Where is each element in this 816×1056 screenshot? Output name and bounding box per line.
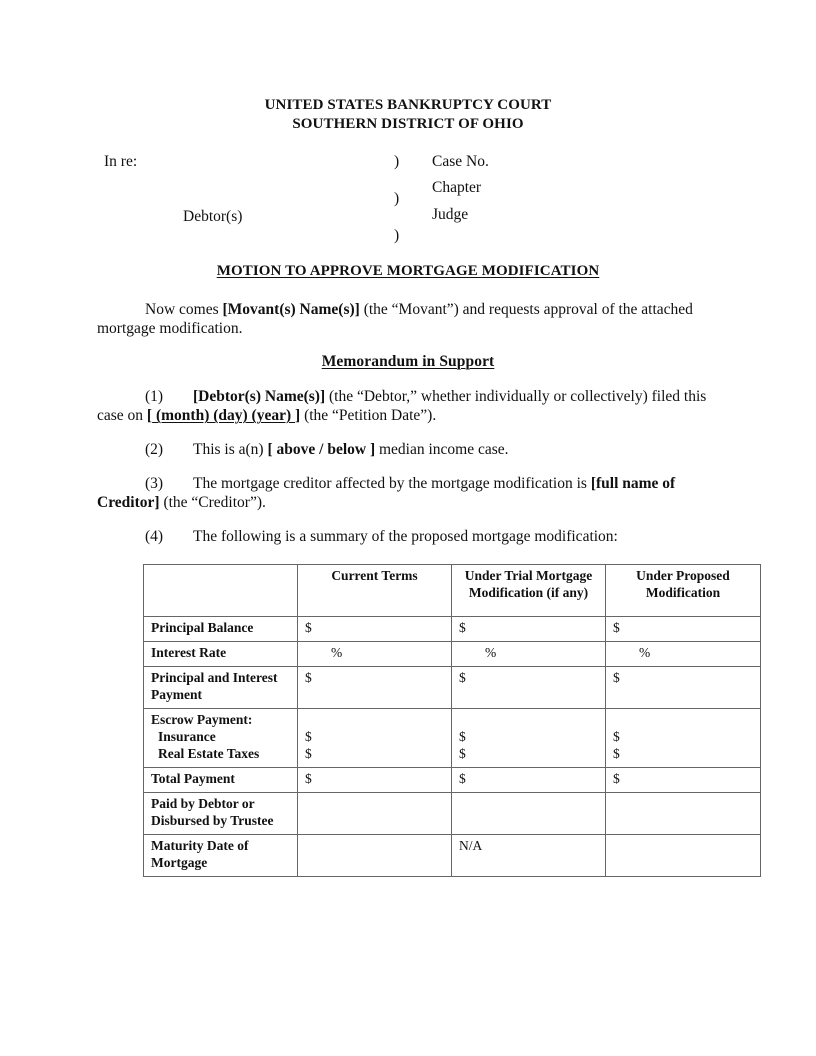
table-cell: $ [298, 768, 452, 793]
row-label-principal-balance: Principal Balance [144, 617, 298, 642]
item-number: (1) [145, 387, 193, 406]
escrow-label: Escrow Payment: [151, 711, 290, 728]
court-name: UNITED STATES BANKRUPTCY COURT [0, 97, 816, 114]
in-re-label: In re: [104, 153, 137, 171]
taxes-amount: $ [613, 745, 753, 762]
debtor-name-placeholder: [Debtor(s) Name(s)] [193, 388, 325, 405]
table-cell: $ [452, 768, 606, 793]
row-label-interest-rate: Interest Rate [144, 642, 298, 667]
row-label-maturity-date: Maturity Date of Mortgage [144, 835, 298, 877]
table-row: Maturity Date of Mortgage N/A [144, 835, 761, 877]
table-cell [298, 793, 452, 835]
case-number-label: Case No. [432, 153, 489, 171]
table-cell: $ $ [452, 709, 606, 768]
table-cell: $ $ [606, 709, 761, 768]
header-proposed-modification: Under Proposed Modification [606, 565, 761, 617]
item-text: median income case. [375, 441, 508, 458]
item-text: The following is a summary of the propos… [193, 528, 618, 545]
table-cell: % [298, 642, 452, 667]
item-number: (3) [145, 474, 193, 493]
item-text: (the “Petition Date”). [300, 407, 436, 424]
memo-item-2: (2)This is a(n) [ above / below ] median… [97, 440, 717, 459]
table-row: Total Payment $ $ $ [144, 768, 761, 793]
row-label-paid-by: Paid by Debtor or Disbursed by Trustee [144, 793, 298, 835]
memo-item-4: (4)The following is a summary of the pro… [97, 527, 717, 546]
intro-paragraph: Now comes [Movant(s) Name(s)] (the “Mova… [97, 300, 717, 338]
intro-prefix: Now comes [145, 301, 223, 318]
percent-sign: % [459, 644, 496, 661]
header-blank [144, 565, 298, 617]
item-text: (the “Creditor”). [160, 494, 266, 511]
row-label-escrow-payment: Escrow Payment: Insurance Real Estate Ta… [144, 709, 298, 768]
table-row: Escrow Payment: Insurance Real Estate Ta… [144, 709, 761, 768]
income-placeholder: [ above / below ] [267, 441, 375, 458]
item-number: (4) [145, 527, 193, 546]
table-cell: N/A [452, 835, 606, 877]
item-text: The mortgage creditor affected by the mo… [193, 475, 591, 492]
table-cell: $ [298, 617, 452, 642]
percent-sign: % [613, 644, 650, 661]
header-trial-modification: Under Trial Mortgage Modification (if an… [452, 565, 606, 617]
mortgage-summary-table: Current Terms Under Trial Mortgage Modif… [143, 564, 761, 877]
insurance-amount: $ [613, 728, 753, 745]
table-cell: $ [606, 768, 761, 793]
row-label-principal-interest-payment: Principal and Interest Payment [144, 667, 298, 709]
table-header-row: Current Terms Under Trial Mortgage Modif… [144, 565, 761, 617]
row-label-total-payment: Total Payment [144, 768, 298, 793]
movant-placeholder: [Movant(s) Name(s)] [223, 301, 360, 318]
insurance-amount: $ [459, 728, 598, 745]
table-row: Interest Rate % % % [144, 642, 761, 667]
debtor-label: Debtor(s) [183, 208, 242, 226]
table-cell: $ [606, 617, 761, 642]
table-cell: $ [298, 667, 452, 709]
petition-date-placeholder: (month) (day) (year) [152, 407, 295, 424]
item-number: (2) [145, 440, 193, 459]
table-row: Principal Balance $ $ $ [144, 617, 761, 642]
caption-paren-2: ) [394, 190, 399, 208]
judge-label: Judge [432, 206, 468, 224]
memo-item-1: (1)[Debtor(s) Name(s)] (the “Debtor,” wh… [97, 387, 717, 425]
memorandum-title: Memorandum in Support [0, 353, 816, 371]
table-cell [606, 835, 761, 877]
table-cell: $ [452, 667, 606, 709]
table-cell [452, 793, 606, 835]
caption-paren-3: ) [394, 227, 399, 245]
table-cell: $ $ [298, 709, 452, 768]
memo-item-3: (3)The mortgage creditor affected by the… [97, 474, 717, 512]
table-cell: % [452, 642, 606, 667]
table-cell [298, 835, 452, 877]
table-cell [606, 793, 761, 835]
taxes-amount: $ [305, 745, 444, 762]
chapter-label: Chapter [432, 179, 481, 197]
item-text: This is a(n) [193, 441, 267, 458]
caption-paren-1: ) [394, 153, 399, 171]
table-cell: $ [606, 667, 761, 709]
insurance-amount: $ [305, 728, 444, 745]
table-cell: % [606, 642, 761, 667]
escrow-insurance-label: Insurance [151, 728, 290, 745]
court-district: SOUTHERN DISTRICT OF OHIO [0, 116, 816, 133]
escrow-taxes-label: Real Estate Taxes [151, 745, 290, 762]
table-cell: $ [452, 617, 606, 642]
percent-sign: % [305, 644, 342, 661]
motion-title: MOTION TO APPROVE MORTGAGE MODIFICATION [0, 263, 816, 280]
table-row: Principal and Interest Payment $ $ $ [144, 667, 761, 709]
header-current-terms: Current Terms [298, 565, 452, 617]
taxes-amount: $ [459, 745, 598, 762]
table-row: Paid by Debtor or Disbursed by Trustee [144, 793, 761, 835]
